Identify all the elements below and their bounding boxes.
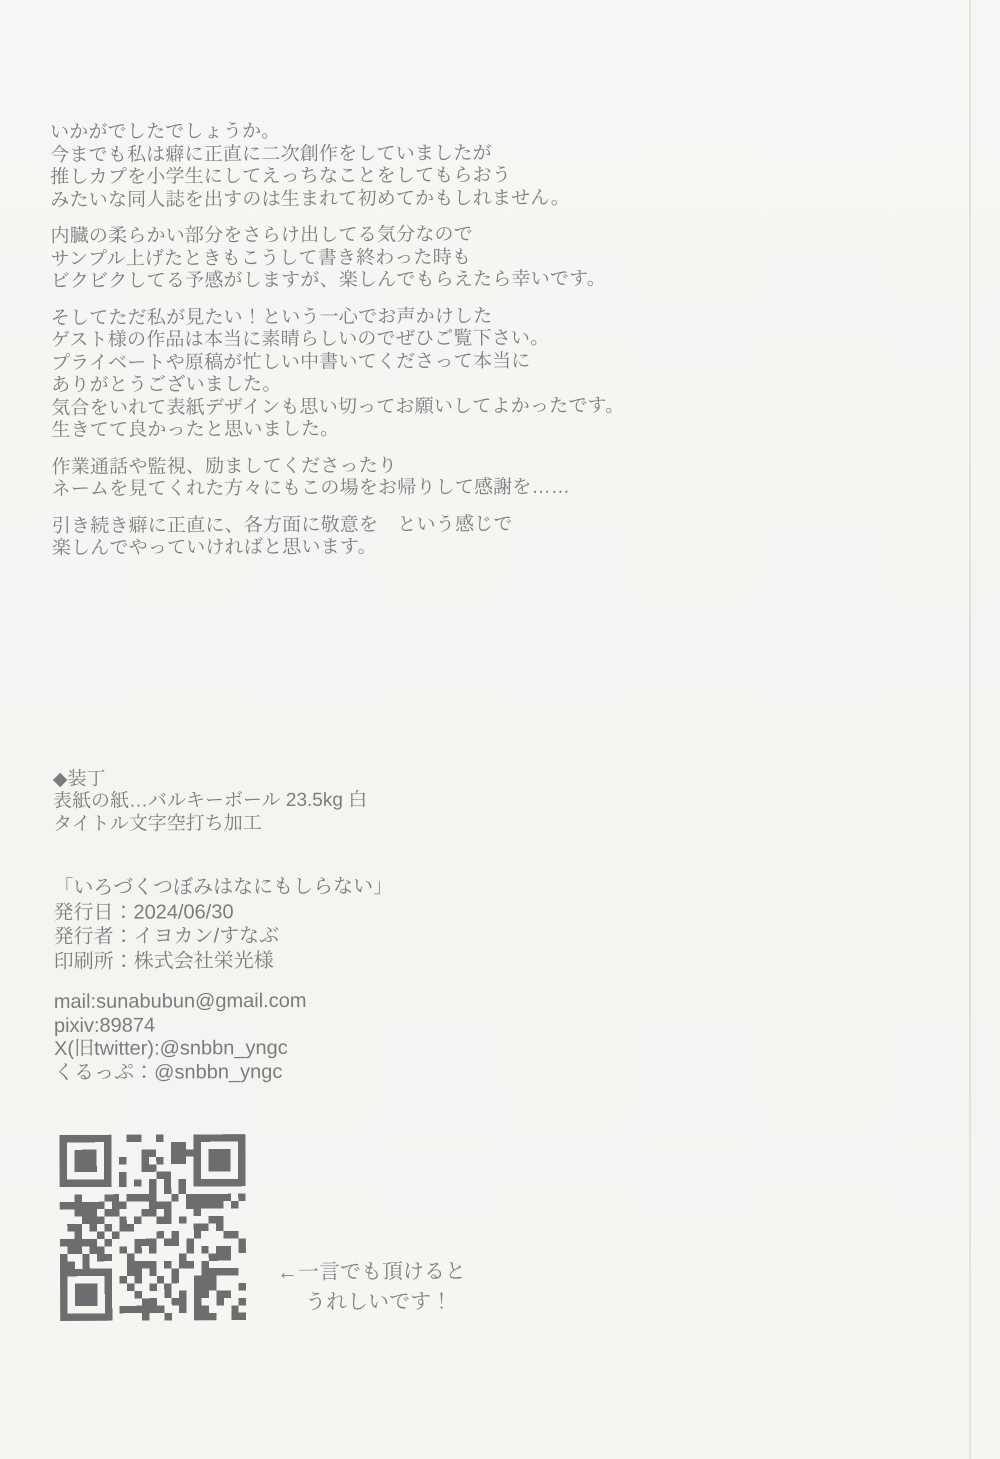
binding-spec-section: ◆装丁 表紙の紙…バルキーボール 23.5kg 白 タイトル文字空打ち加工 <box>53 765 953 836</box>
text-line: みたいな同人誌を出すのは生まれて初めてかもしれません。 <box>50 186 950 212</box>
qr-row: ←一言でも頂けると うれしいです！ <box>59 1131 955 1321</box>
page-content: いかがでしたでしょうか。 今までも私は癖に正直に二次創作をしていましたが 推しカ… <box>50 118 955 1321</box>
title-process-spec: タイトル文字空打ち加工 <box>53 810 953 836</box>
text-line: 生きてて良かったと思いました。 <box>51 416 951 442</box>
afterword-paragraph: そしてただ私が見たい！という一心でお声かけした ゲスト様の作品は本当に素晴らしい… <box>51 304 952 443</box>
afterword-paragraph: いかがでしたでしょうか。 今までも私は癖に正直に二次創作をしていましたが 推しカ… <box>50 118 950 212</box>
text-line: ビクビクしてる予感がしますが、楽しんでもらえたら幸いです。 <box>51 267 951 293</box>
printer: 印刷所：株式会社栄光様 <box>54 946 954 974</box>
contact-section: mail:sunabubun@gmail.com pixiv:89874 X(旧… <box>54 987 954 1085</box>
scanned-afterword-page: いかがでしたでしょうか。 今までも私は癖に正直に二次創作をしていましたが 推しカ… <box>0 0 1000 1459</box>
qr-note-line: ←一言でも頂けると <box>277 1260 466 1284</box>
text-line: 楽しんでやっていければと思います。 <box>52 534 952 560</box>
afterword-paragraph: 引き続き癖に正直に、各方面に敬意を という感じで 楽しんでやっていければと思いま… <box>52 512 952 561</box>
afterword-section: いかがでしたでしょうか。 今までも私は癖に正直に二次創作をしていましたが 推しカ… <box>50 118 952 560</box>
qr-code <box>59 1134 246 1321</box>
contact-crepu: くるっぷ：@snbbn_yngc <box>54 1058 954 1085</box>
afterword-paragraph: 内臓の柔らかい部分をさらけ出してる気分なので サンプル上げたときもこうして書き終… <box>50 222 950 293</box>
colophon-section: 「いろづくつぼみはなにもしらない」 発行日：2024/06/30 発行者：イヨカ… <box>53 872 953 974</box>
scan-edge-line <box>969 0 971 1459</box>
text-line: ネームを見てくれた方々にもこの場をお帰りして感謝を…… <box>52 475 952 501</box>
qr-note-line: うれしいです！ <box>277 1287 466 1318</box>
afterword-paragraph: 作業通話や監視、励ましてくださったり ネームを見てくれた方々にもこの場をお帰りし… <box>51 453 951 502</box>
qr-note: ←一言でも頂けると うれしいです！ <box>277 1257 466 1318</box>
